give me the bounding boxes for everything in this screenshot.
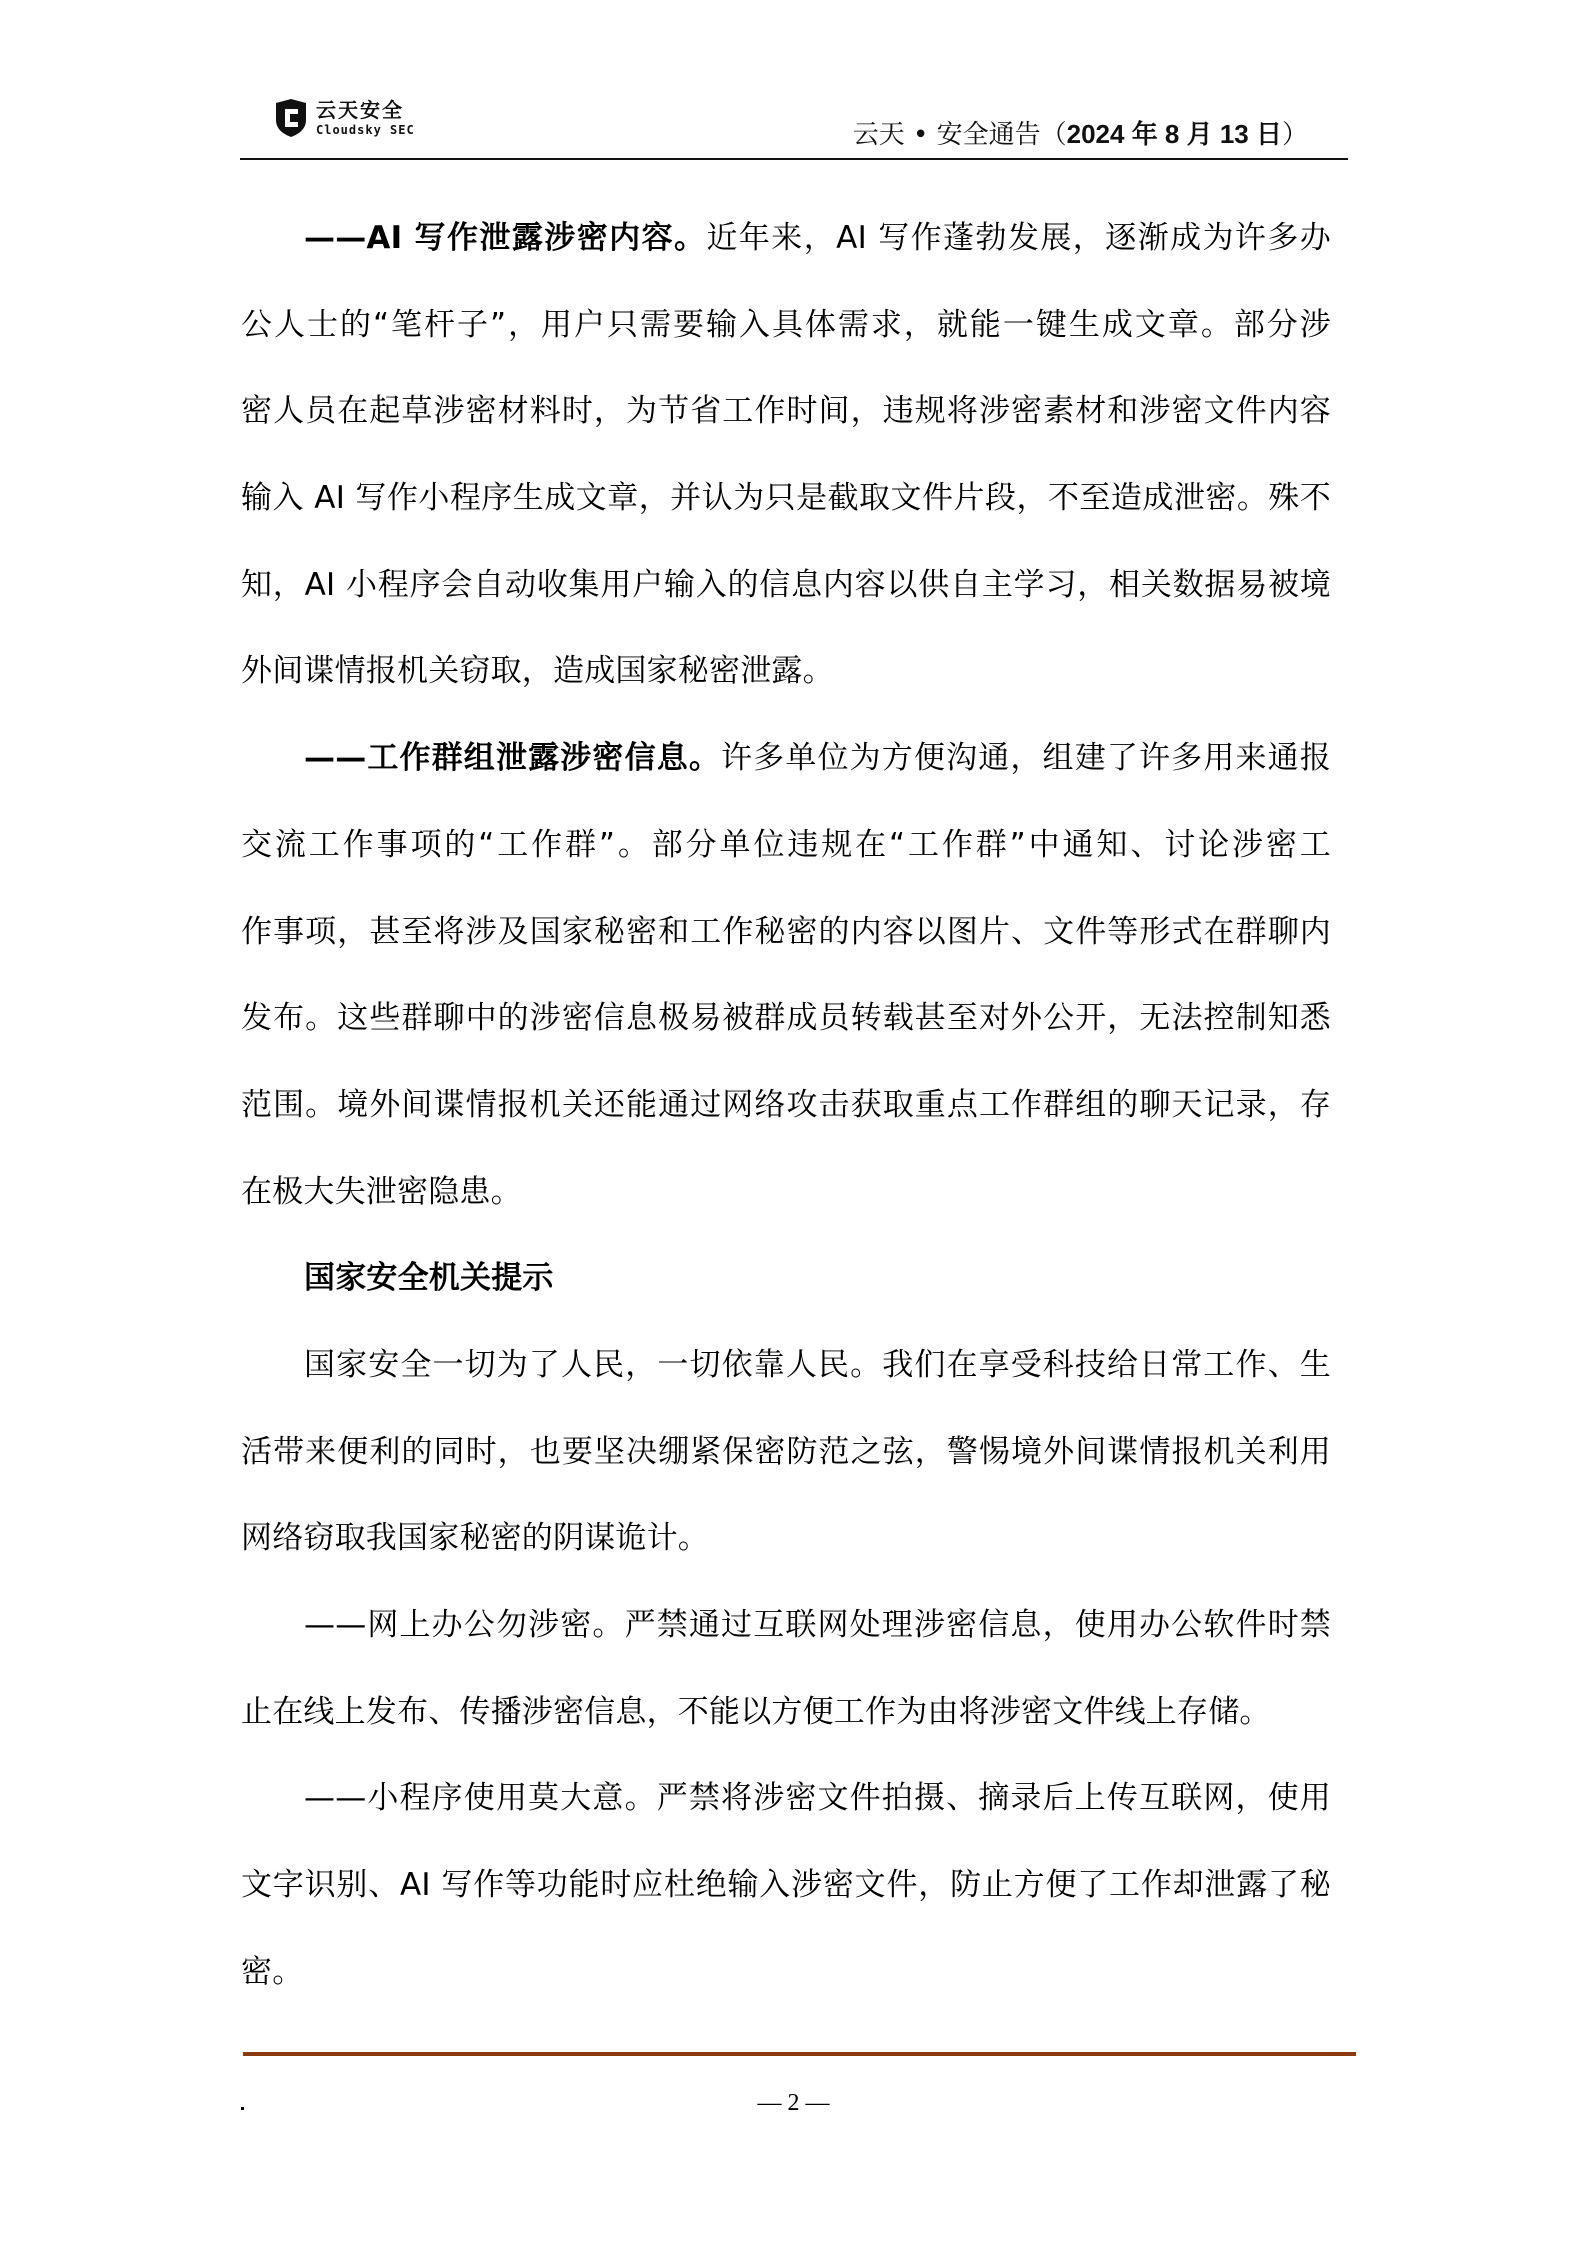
paragraph-line: 公人士的“笔杆子”，用户只需要输入具体需求，就能一键生成文章。部分涉 (241, 299, 1331, 386)
paragraph-line: 交流工作事项的“工作群”。部分单位违规在“工作群”中通知、讨论涉密工 (241, 819, 1331, 906)
paragraph-lead: ——工作群组泄露涉密信息。 (304, 740, 721, 776)
paragraph-line: 国家安全一切为了人民，一切依靠人民。我们在享受科技给日常工作、生 (241, 1339, 1331, 1426)
paragraph-line: ——网上办公勿涉密。严禁通过互联网处理涉密信息，使用办公软件时禁 (241, 1599, 1331, 1686)
paragraph-line: 网络窃取我国家秘密的阴谋诡计。 (241, 1512, 1331, 1599)
paragraph-line: 止在线上发布、传播涉密信息，不能以方便工作为由将涉密文件线上存储。 (241, 1686, 1331, 1773)
shield-c-icon (274, 98, 308, 138)
logo-name-cn: 云天安全 (316, 100, 415, 120)
paragraph-line: 密人员在起草涉密材料时，为节省工作时间，违规将涉密素材和涉密文件内容 (241, 385, 1331, 472)
paragraph-line: 密。 (241, 1946, 1331, 2033)
header-divider (240, 158, 1348, 160)
paragraph-line: 文字识别、AI 写作等功能时应杜绝输入涉密文件，防止方便了工作却泄露了秘 (241, 1859, 1331, 1946)
footer-divider (243, 2052, 1356, 2056)
paragraph-line: 知，AI 小程序会自动收集用户输入的信息内容以供自主学习，相关数据易被境 (241, 559, 1331, 646)
section-heading: 国家安全机关提示 (241, 1252, 1331, 1339)
paragraph-line: ——小程序使用莫大意。严禁将涉密文件拍摄、摘录后上传互联网，使用 (241, 1772, 1331, 1859)
paragraph-line: 输入 AI 写作小程序生成文章，并认为只是截取文件片段，不至造成泄密。殊不 (241, 472, 1331, 559)
paragraph-line: 外间谍情报机关窃取，造成国家秘密泄露。 (241, 645, 1331, 732)
title-suffix: ） (1282, 120, 1308, 150)
bulletin-title: 云天 • 安全通告（2024 年 8 月 13 日） (853, 114, 1308, 151)
paragraph-line: 活带来便利的同时，也要坚决绷紧保密防范之弦，警惕境外间谍情报机关利用 (241, 1426, 1331, 1513)
document-body: ——AI 写作泄露涉密内容。近年来，AI 写作蓬勃发展，逐渐成为许多办 公人士的… (241, 212, 1331, 2032)
title-prefix: 云天 • 安全通告（ (853, 120, 1067, 150)
paragraph-line: 在极大失泄密隐患。 (241, 1166, 1331, 1253)
page-header: 云天安全 Cloudsky SEC 云天 • 安全通告（2024 年 8 月 1… (240, 96, 1348, 160)
paragraph-line: ——工作群组泄露涉密信息。许多单位为方便沟通，组建了许多用来通报 (241, 732, 1331, 819)
paragraph-lead: ——AI 写作泄露涉密内容。 (304, 220, 706, 256)
page-number: — 2 — (0, 2090, 1587, 2117)
logo-name-en: Cloudsky SEC (316, 124, 415, 136)
paragraph-line: 发布。这些群聊中的涉密信息极易被群成员转载甚至对外公开，无法控制知悉 (241, 992, 1331, 1079)
paragraph-line: 作事项，甚至将涉及国家秘密和工作秘密的内容以图片、文件等形式在群聊内 (241, 906, 1331, 993)
paragraph-line: ——AI 写作泄露涉密内容。近年来，AI 写作蓬勃发展，逐渐成为许多办 (241, 212, 1331, 299)
paragraph-line: 范围。境外间谍情报机关还能通过网络攻击获取重点工作群组的聊天记录，存 (241, 1079, 1331, 1166)
company-logo: 云天安全 Cloudsky SEC (274, 98, 415, 138)
bulletin-date: 2024 年 8 月 13 日 (1067, 119, 1282, 149)
